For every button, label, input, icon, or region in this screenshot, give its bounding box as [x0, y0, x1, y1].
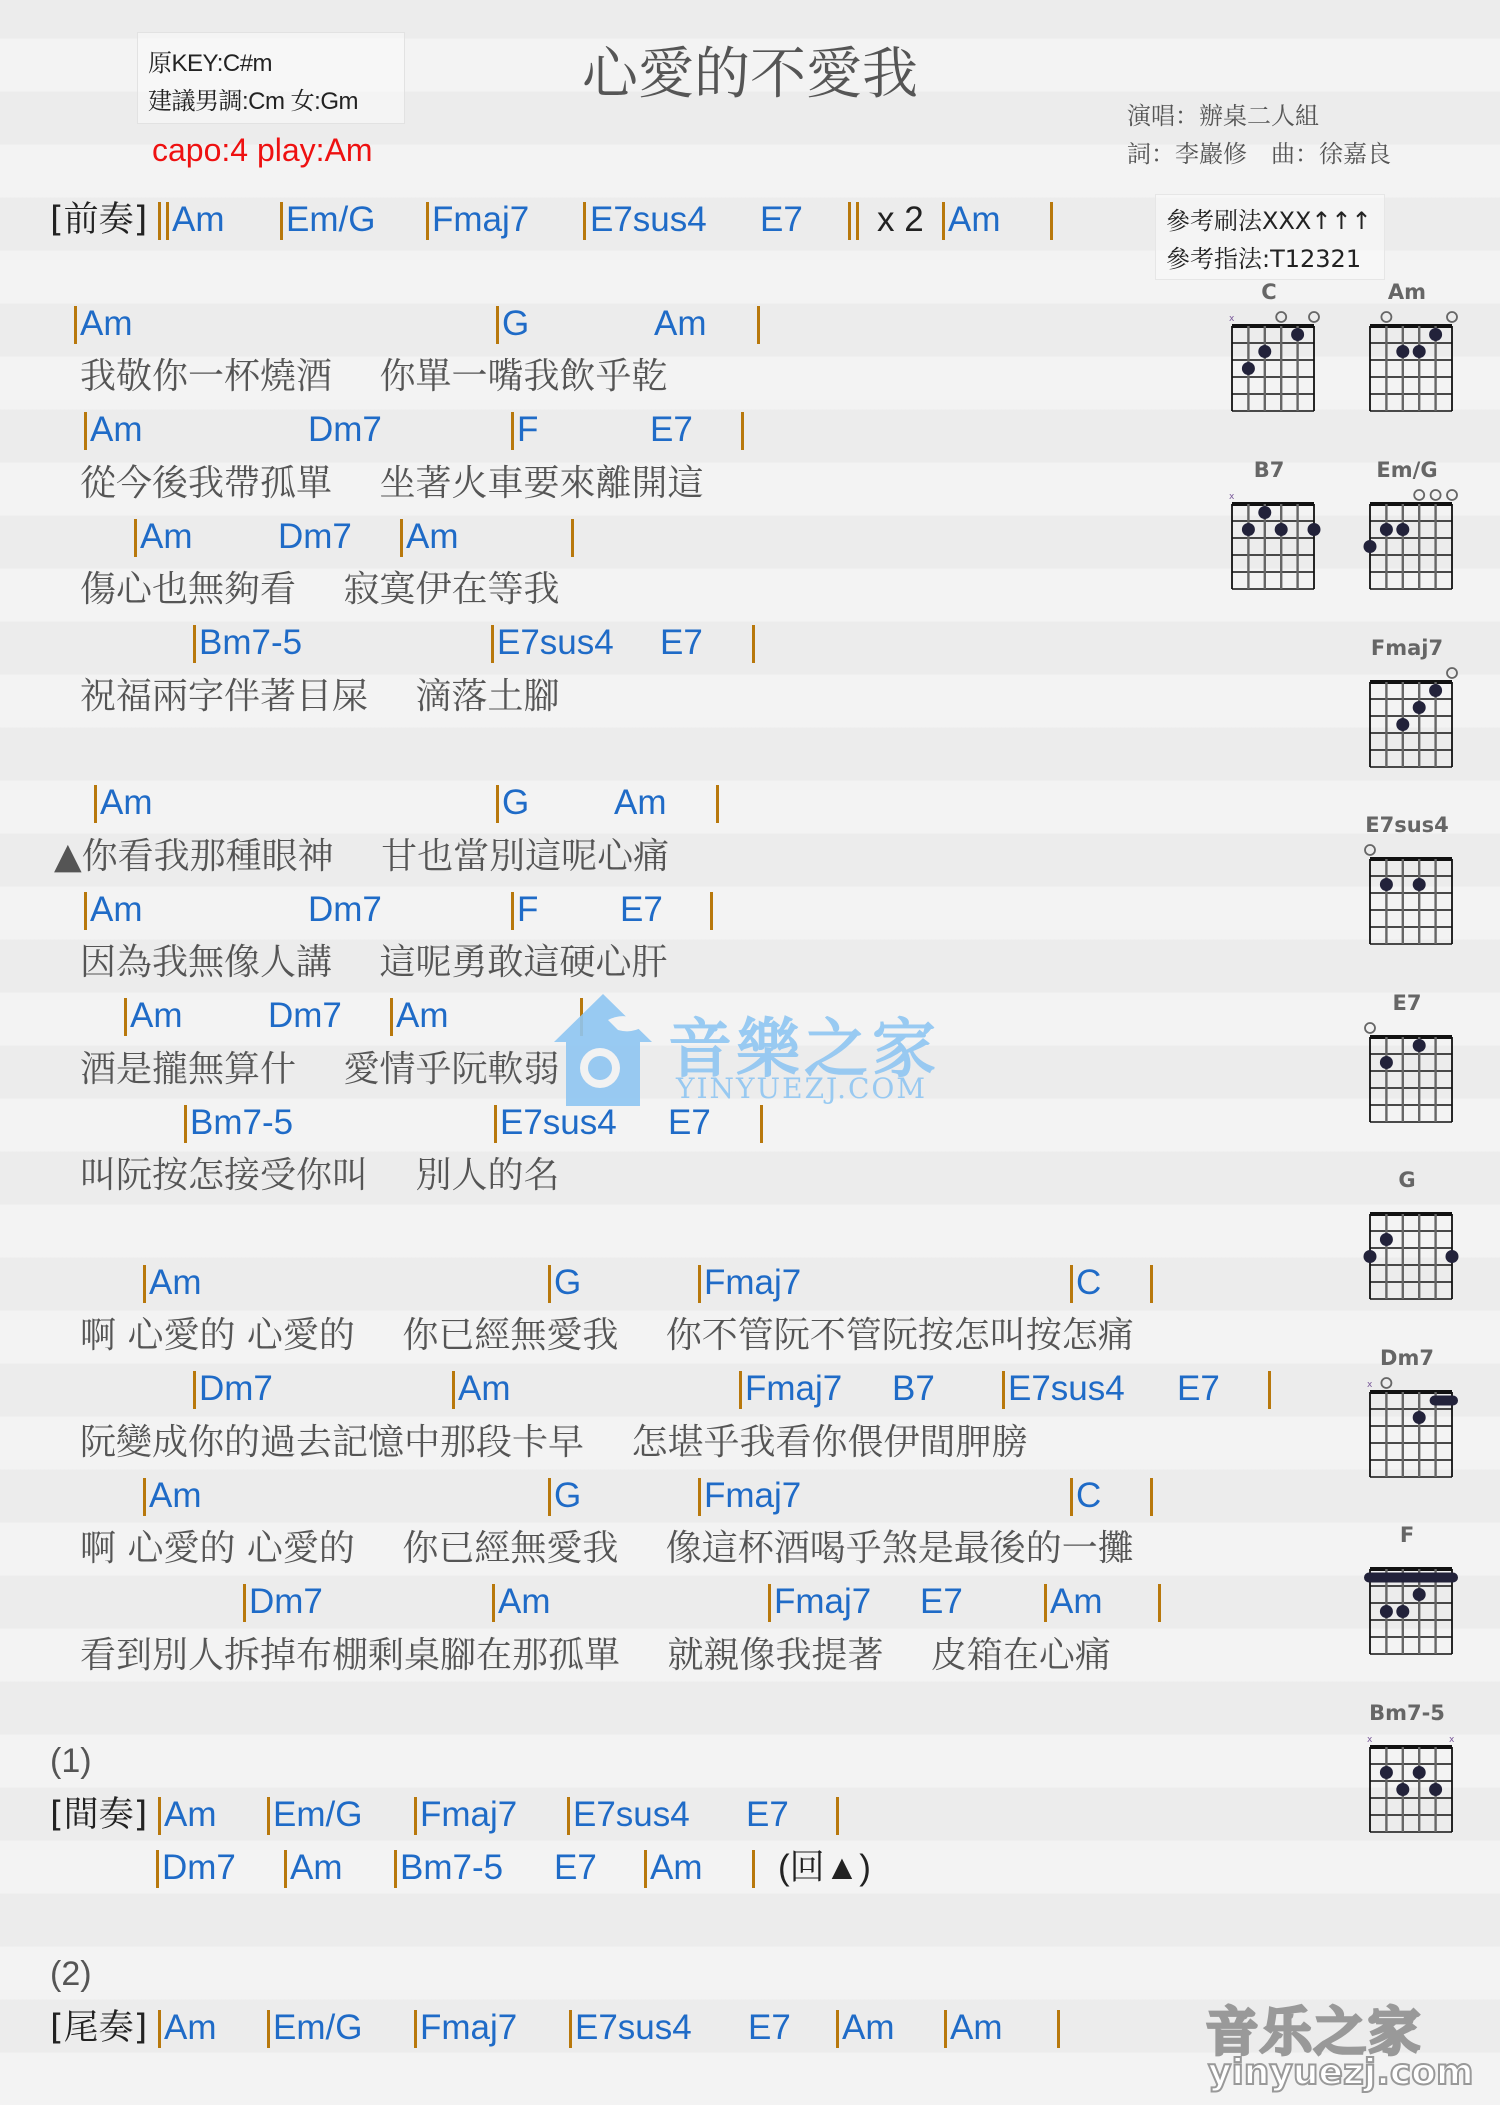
chord-symbol: Dm7	[308, 408, 382, 452]
chord-symbol: Fmaj7	[745, 1367, 842, 1411]
outro-line: [尾奏] AmEm/GFmaj7E7sus4E7AmAm	[0, 2006, 1230, 2056]
chord-diagram-g: G	[1352, 1168, 1462, 1308]
chord-symbol: Bm7-5	[190, 1101, 293, 1145]
chord-symbol: E7	[748, 2006, 791, 2050]
bar-line	[511, 892, 514, 930]
bar-line	[1150, 1478, 1153, 1516]
chord-diagram-e7sus4: E7sus4	[1352, 813, 1462, 953]
bar-line	[1050, 202, 1053, 240]
lyric-line: 阮變成你的過去記憶中那段卡早 怎堪乎我看你偎伊間胛膀	[80, 1421, 1027, 1465]
bar-line	[739, 1371, 742, 1409]
chord-diagram-name: E7	[1352, 991, 1462, 1015]
intro-label: [前奏]	[50, 198, 147, 242]
chord-symbol: Am	[842, 2006, 895, 2050]
chord-symbol: Bm7-5	[199, 621, 302, 665]
chord-symbol: Dm7	[268, 994, 342, 1038]
chord-symbol: E7	[920, 1580, 963, 1624]
chord-line: Dm7AmFmaj7E7Am	[0, 1580, 1230, 1630]
bar-line	[710, 892, 713, 930]
bar-line	[760, 1105, 763, 1143]
lyricist-composer-credit: 詞：李巖修 曲：徐嘉良	[1127, 134, 1391, 169]
chord-diagram-name: E7sus4	[1352, 813, 1462, 837]
svg-text:x: x	[1449, 1735, 1455, 1745]
chord-symbol: Am	[149, 1474, 202, 1518]
chord-symbol: E7	[620, 888, 663, 932]
interlude-label: [間奏]	[50, 1793, 147, 1837]
bar-line	[400, 519, 403, 557]
bar-line	[414, 2010, 417, 2048]
bar-line	[768, 1584, 771, 1622]
outro-label: [尾奏]	[50, 2006, 147, 2050]
bar-line	[716, 785, 719, 823]
chord-symbol: E7	[554, 1846, 597, 1890]
chord-diagram-am: Am	[1352, 280, 1462, 420]
chord-diagram-name: Bm7-5	[1352, 1701, 1462, 1725]
chord-diagram-f: F	[1352, 1523, 1462, 1663]
chord-symbol: E7	[650, 408, 693, 452]
chord-symbol: G	[554, 1474, 581, 1518]
interlude-line-1: [間奏] AmEm/GFmaj7E7sus4E7	[0, 1793, 1230, 1843]
bar-line	[166, 202, 169, 240]
chord-symbol: Fmaj7	[704, 1474, 801, 1518]
lyric-line: 從今後我帶孤單 坐著火車要來離開這	[80, 462, 703, 506]
bar-line	[698, 1478, 701, 1516]
bar-line	[567, 1797, 570, 1835]
chord-symbol: Dm7	[199, 1367, 273, 1411]
bar-line	[1070, 1478, 1073, 1516]
bar-line	[452, 1371, 455, 1409]
chord-line: Bm7-5E7sus4E7	[0, 621, 1230, 671]
bar-line	[267, 2010, 270, 2048]
bar-line	[698, 1265, 701, 1303]
chord-symbol: G	[502, 781, 529, 825]
bar-line	[494, 1105, 497, 1143]
bar-line	[280, 202, 283, 240]
chord-symbol: Am	[290, 1846, 343, 1890]
chord-diagram-name: Em/G	[1352, 458, 1462, 482]
lyric-line: 啊 心愛的 心愛的 你已經無愛我 你不管阮不管阮按怎叫按怎痛	[80, 1314, 1134, 1358]
chord-symbol: Am	[1050, 1580, 1103, 1624]
chord-symbol: Am	[614, 781, 667, 825]
chord-symbol: C	[1076, 1474, 1101, 1518]
bar-line	[511, 412, 514, 450]
bar-line	[243, 1584, 246, 1622]
watermark-url: YINYUEZJ.COM	[676, 1072, 927, 1105]
lyric-line: 傷心也無夠看 寂寞伊在等我	[80, 568, 559, 612]
svg-text:x: x	[1229, 492, 1235, 502]
chord-symbol: C	[1076, 1261, 1101, 1305]
bar-line	[134, 519, 137, 557]
chord-symbol: Am	[130, 994, 183, 1038]
bar-line	[193, 1371, 196, 1409]
lyric-line: 酒是攏無算什 愛情乎阮軟弱	[80, 1048, 559, 1092]
chord-line: AmGAm	[0, 781, 1230, 831]
bar-line	[496, 306, 499, 344]
bar-line	[267, 1797, 270, 1835]
fretboard-grid-icon	[1352, 304, 1462, 424]
bar-line	[394, 1850, 397, 1888]
chord-symbol: Am	[406, 515, 459, 559]
bar-line	[414, 1797, 417, 1835]
chord-symbol: E7sus4	[573, 1793, 690, 1837]
chord-symbol: E7sus4	[590, 198, 707, 242]
chord-diagram-name: Am	[1352, 280, 1462, 304]
bar-line	[848, 202, 851, 240]
bar-line	[156, 1850, 159, 1888]
bar-line	[583, 202, 586, 240]
chord-symbol: E7	[760, 198, 803, 242]
bar-line	[1057, 2010, 1060, 2048]
bar-line	[74, 306, 77, 344]
bar-line	[84, 892, 87, 930]
chord-symbol: Am	[90, 888, 143, 932]
capo-info: capo:4 play:Am	[152, 132, 373, 169]
chord-symbol: Dm7	[249, 1580, 323, 1624]
chord-line: AmDm7Am	[0, 515, 1230, 565]
chord-diagram-name: F	[1352, 1523, 1462, 1547]
chord-symbol: Bm7-5	[400, 1846, 503, 1890]
lyric-line: 我敬你一杯燒酒 你單一嘴我飲乎乾	[80, 355, 667, 399]
fretboard-grid-icon: x	[1352, 1370, 1462, 1490]
bar-line	[752, 1850, 755, 1888]
bar-line	[571, 519, 574, 557]
intro-line: [前奏] AmEm/GFmaj7E7sus4E7x 2Am	[0, 198, 1230, 248]
bar-line	[1044, 1584, 1047, 1622]
bar-line	[1268, 1371, 1271, 1409]
chord-symbol: Dm7	[162, 1846, 236, 1890]
chord-symbol: E7	[1177, 1367, 1220, 1411]
bar-line	[548, 1265, 551, 1303]
bar-line	[143, 1478, 146, 1516]
bar-line	[1002, 1371, 1005, 1409]
chord-symbol: F	[517, 888, 538, 932]
chord-symbol: F	[517, 408, 538, 452]
chord-diagram-e7: E7	[1352, 991, 1462, 1131]
chord-symbol: Am	[950, 2006, 1003, 2050]
bar-line	[143, 1265, 146, 1303]
chord-symbol: Em/G	[286, 198, 375, 242]
fretboard-grid-icon	[1352, 1192, 1462, 1312]
chord-diagram-em-g: Em/G	[1352, 458, 1462, 598]
corner-watermark-url: yinyuezj.com	[1208, 2052, 1474, 2093]
chord-symbol: E7sus4	[1008, 1367, 1125, 1411]
chord-symbol: Em/G	[273, 2006, 362, 2050]
bar-line	[752, 625, 755, 663]
chord-symbol: Dm7	[278, 515, 352, 559]
annotation-text: (回▲)	[778, 1846, 871, 1890]
chord-symbol: Am	[100, 781, 153, 825]
chord-symbol: Am	[498, 1580, 551, 1624]
bar-line	[94, 785, 97, 823]
bar-line	[942, 202, 945, 240]
bar-line	[284, 1850, 287, 1888]
lyric-line: 祝福兩字伴著目屎 滴落土腳	[80, 675, 559, 719]
chord-line: AmGFmaj7C	[0, 1474, 1230, 1524]
lyric-line: ▲你看我那種眼神 甘也當別這呢心痛	[54, 835, 669, 879]
fretboard-grid-icon: x	[1214, 304, 1324, 424]
bar-line	[836, 2010, 839, 2048]
fretboard-grid-icon	[1352, 660, 1462, 780]
interlude-line-2: Dm7AmBm7-5E7Am(回▲)	[0, 1846, 1230, 1896]
chord-symbol: Am	[140, 515, 193, 559]
chord-diagram-dm7: Dm7x	[1352, 1346, 1462, 1486]
chord-symbol: Am	[164, 1793, 217, 1837]
chord-symbol: Am	[80, 302, 133, 346]
svg-text:x: x	[1367, 1735, 1373, 1745]
chord-symbol: Am	[396, 994, 449, 1038]
chord-symbol: Dm7	[308, 888, 382, 932]
bar-line	[741, 412, 744, 450]
chord-diagram-b7: B7x	[1214, 458, 1324, 598]
chord-symbol: Am	[650, 1846, 703, 1890]
bar-line	[644, 1850, 647, 1888]
fretboard-grid-icon: xx	[1352, 1725, 1462, 1845]
chord-diagram-c: Cx	[1214, 280, 1324, 420]
chord-symbol: Am	[948, 198, 1001, 242]
corner-watermark: 音乐之家 yinyuezj.com	[1206, 1990, 1476, 2100]
lyric-line: 因為我無像人講 這呢勇敢這硬心肝	[80, 941, 667, 985]
chord-symbol: B7	[892, 1367, 935, 1411]
bar-line	[193, 625, 196, 663]
bar-line	[836, 1797, 839, 1835]
chord-diagram-name: C	[1214, 280, 1324, 304]
bar-line	[158, 1797, 161, 1835]
annotation-text: x 2	[877, 198, 924, 242]
chord-symbol: Am	[458, 1367, 511, 1411]
chord-symbol: G	[502, 302, 529, 346]
chord-line: AmGFmaj7C	[0, 1261, 1230, 1311]
chord-symbol: Am	[654, 302, 707, 346]
bar-line	[1070, 1265, 1073, 1303]
bar-line	[944, 2010, 947, 2048]
chord-symbol: Fmaj7	[420, 1793, 517, 1837]
bar-line	[569, 2010, 572, 2048]
chord-symbol: Fmaj7	[432, 198, 529, 242]
fretboard-grid-icon	[1352, 837, 1462, 957]
lyric-line: 啊 心愛的 心愛的 你已經無愛我 像這杯酒喝乎煞是最後的一攤	[80, 1527, 1134, 1571]
bar-line	[158, 202, 161, 240]
bar-line	[158, 2010, 161, 2048]
bar-line	[548, 1478, 551, 1516]
chord-symbol: E7	[746, 1793, 789, 1837]
singer-credit: 演唱：辦桌二人組	[1127, 96, 1319, 131]
bar-line	[492, 1584, 495, 1622]
bar-line	[757, 306, 760, 344]
chord-symbol: Fmaj7	[704, 1261, 801, 1305]
bar-line	[124, 998, 127, 1036]
bar-line	[426, 202, 429, 240]
bar-line	[1158, 1584, 1161, 1622]
lyric-line: 叫阮按怎接受你叫 別人的名	[80, 1154, 559, 1198]
section-marker-2: (2)	[50, 1955, 92, 1994]
bar-line	[856, 202, 859, 240]
chord-symbol: E7sus4	[575, 2006, 692, 2050]
bar-line	[496, 785, 499, 823]
fretboard-grid-icon: x	[1214, 482, 1324, 602]
chord-line: AmGAm	[0, 302, 1230, 352]
chord-symbol: Em/G	[273, 1793, 362, 1837]
bar-line	[491, 625, 494, 663]
fretboard-grid-icon	[1352, 1547, 1462, 1667]
chord-diagram-name: Dm7	[1352, 1346, 1462, 1370]
chord-symbol: Am	[172, 198, 225, 242]
chord-diagram-name: Fmaj7	[1352, 636, 1462, 660]
fretboard-grid-icon	[1352, 1015, 1462, 1135]
bar-line	[84, 412, 87, 450]
chord-symbol: Fmaj7	[774, 1580, 871, 1624]
chord-symbol: Am	[149, 1261, 202, 1305]
fretboard-grid-icon	[1352, 482, 1462, 602]
chord-symbol: E7sus4	[497, 621, 614, 665]
bar-line	[184, 1105, 187, 1143]
section-marker-1: (1)	[50, 1742, 92, 1781]
chord-line: Dm7AmFmaj7B7E7sus4E7	[0, 1367, 1230, 1417]
svg-text:x: x	[1367, 1380, 1373, 1390]
chord-diagram-name: B7	[1214, 458, 1324, 482]
chord-diagram-name: G	[1352, 1168, 1462, 1192]
lyric-line: 看到別人拆掉布棚剩桌腳在那孤單 就親像我提著 皮箱在心痛	[80, 1634, 1111, 1678]
bar-line	[390, 998, 393, 1036]
center-watermark: 音樂之家 YINYUEZJ.COM	[548, 990, 948, 1110]
chord-line: AmDm7FE7	[0, 408, 1230, 458]
chord-diagram-fmaj7: Fmaj7	[1352, 636, 1462, 776]
bar-line	[1150, 1265, 1153, 1303]
svg-text:x: x	[1229, 314, 1235, 324]
chord-symbol: G	[554, 1261, 581, 1305]
chord-symbol: Am	[90, 408, 143, 452]
chord-symbol: Am	[164, 2006, 217, 2050]
chord-symbol: E7	[660, 621, 703, 665]
music-house-logo-icon	[548, 990, 658, 1110]
chord-diagram-bm7-5: Bm7-5xx	[1352, 1701, 1462, 1841]
chord-line: AmDm7FE7	[0, 888, 1230, 938]
chord-symbol: Fmaj7	[420, 2006, 517, 2050]
